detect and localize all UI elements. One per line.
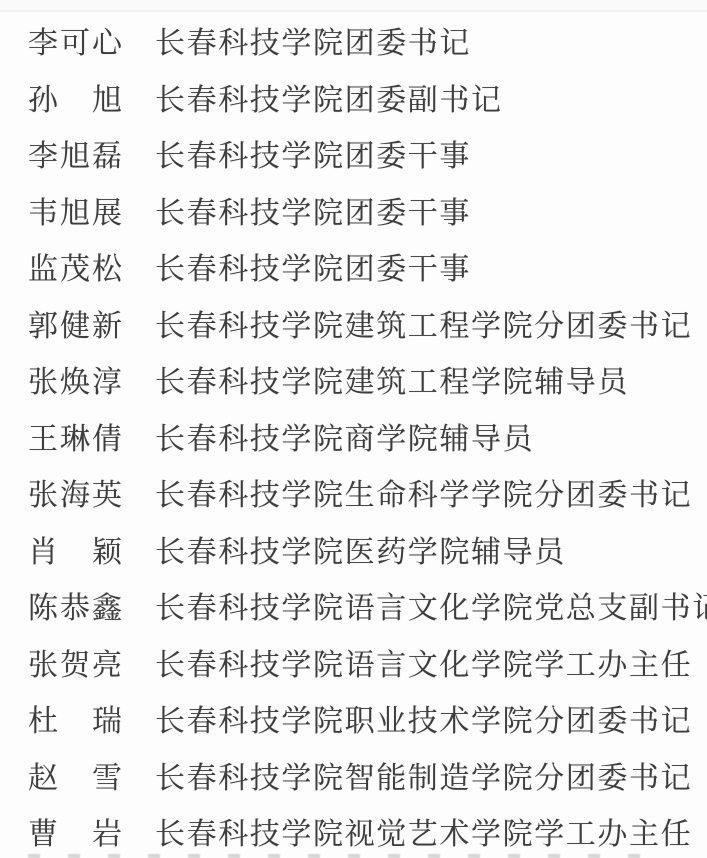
person-title: 长春科技学院团委干事 (155, 131, 471, 175)
person-title: 长春科技学院语言文化学院党总支副书记 (155, 583, 707, 627)
person-title: 长春科技学院职业技术学院分团委书记 (155, 696, 692, 740)
person-name: 监茂松 (28, 244, 122, 288)
person-name: 张贺亮 (28, 640, 122, 684)
roster-row: 孙旭长春科技学院团委副书记 (0, 69, 707, 126)
person-name: 韦旭展 (28, 188, 122, 232)
person-name: 曹岩 (28, 809, 122, 853)
roster-row: 赵雪长春科技学院智能制造学院分团委书记 (0, 747, 707, 804)
person-title: 长春科技学院建筑工程学院辅导员 (155, 357, 629, 401)
cropped-next-line (28, 854, 657, 858)
roster-row: 李旭磊长春科技学院团委干事 (0, 125, 707, 182)
person-name: 肖颖 (28, 527, 122, 571)
person-title: 长春科技学院视觉艺术学院学工办主任 (155, 809, 692, 853)
roster-row: 张贺亮长春科技学院语言文化学院学工办主任 (0, 634, 707, 691)
roster-row: 韦旭展长春科技学院团委干事 (0, 182, 707, 239)
person-title: 长春科技学院商学院辅导员 (155, 414, 534, 458)
person-name: 王琳倩 (28, 414, 122, 458)
person-title: 长春科技学院语言文化学院学工办主任 (155, 640, 692, 684)
person-name: 李可心 (28, 18, 122, 62)
top-band (0, 0, 707, 10)
roster-row: 张焕淳长春科技学院建筑工程学院辅导员 (0, 351, 707, 408)
person-title: 长春科技学院建筑工程学院分团委书记 (155, 301, 692, 345)
person-name: 李旭磊 (28, 131, 122, 175)
person-name: 张焕淳 (28, 357, 122, 401)
roster-row: 杜瑞长春科技学院职业技术学院分团委书记 (0, 690, 707, 747)
roster-row: 监茂松长春科技学院团委干事 (0, 238, 707, 295)
roster-row: 李可心长春科技学院团委书记 (0, 12, 707, 69)
person-name: 陈恭鑫 (28, 583, 122, 627)
person-name: 赵雪 (28, 753, 122, 797)
person-title: 长春科技学院生命科学学院分团委书记 (155, 470, 692, 514)
roster-row: 郭健新长春科技学院建筑工程学院分团委书记 (0, 295, 707, 352)
person-title: 长春科技学院团委干事 (155, 244, 471, 288)
person-title: 长春科技学院医药学院辅导员 (155, 527, 566, 571)
person-name: 孙旭 (28, 75, 122, 119)
person-title: 长春科技学院团委副书记 (155, 75, 503, 119)
person-name: 郭健新 (28, 301, 122, 345)
roster-row: 肖颖长春科技学院医药学院辅导员 (0, 521, 707, 578)
roster-row: 王琳倩长春科技学院商学院辅导员 (0, 408, 707, 465)
person-name: 张海英 (28, 470, 122, 514)
person-title: 长春科技学院团委书记 (155, 18, 471, 62)
roster-row: 张海英长春科技学院生命科学学院分团委书记 (0, 464, 707, 521)
person-name: 杜瑞 (28, 696, 122, 740)
roster-row: 陈恭鑫长春科技学院语言文化学院党总支副书记 (0, 577, 707, 634)
roster-list: 李可心长春科技学院团委书记孙旭长春科技学院团委副书记李旭磊长春科技学院团委干事韦… (0, 12, 707, 858)
person-title: 长春科技学院智能制造学院分团委书记 (155, 753, 692, 797)
person-title: 长春科技学院团委干事 (155, 188, 471, 232)
roster-row: 曹岩长春科技学院视觉艺术学院学工办主任 (0, 803, 707, 858)
